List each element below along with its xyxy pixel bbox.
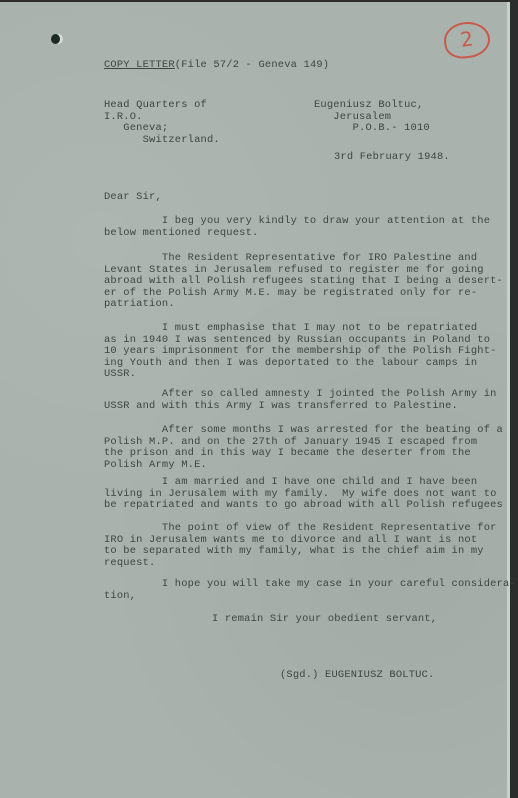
heading-underlined: COPY LETTER [104, 59, 175, 71]
paragraph: I beg you very kindly to draw your atten… [104, 216, 490, 239]
salutation: Dear Sir, [104, 192, 162, 204]
closing: I remain Sir your obedient servant, [212, 614, 437, 626]
letter-heading: COPY LETTER(File 57/2 - Geneva 149) [104, 60, 329, 72]
paragraph: I must emphasise that I may not to be re… [104, 323, 497, 381]
paragraph: I am married and I have one child and I … [104, 477, 503, 512]
paragraph: After some months I was arrested for the… [104, 425, 503, 471]
paragraph: The point of view of the Resident Repres… [104, 523, 497, 569]
page-edge [507, 2, 510, 798]
paragraph: I hope you will take my case in your car… [104, 579, 516, 602]
punch-hole-icon [51, 34, 60, 44]
signature: (Sgd.) EUGENIUSZ BOLTUC. [280, 670, 434, 682]
paragraph: After so called amnesty I jointed the Po… [104, 389, 497, 412]
recipient-address: Head Quarters of I.R.O. Geneva; Switzerl… [104, 100, 220, 146]
heading-file-ref: (File 57/2 - Geneva 149) [175, 59, 329, 71]
page-number-mark: 2 [442, 19, 493, 61]
sender-address: Eugeniusz Boltuc, Jerusalem P.O.B.- 1010 [314, 100, 430, 135]
paragraph: The Resident Representative for IRO Pale… [104, 253, 503, 311]
letter-page: 2 COPY LETTER(File 57/2 - Geneva 149) He… [0, 2, 510, 798]
letter-date: 3rd February 1948. [334, 152, 450, 164]
